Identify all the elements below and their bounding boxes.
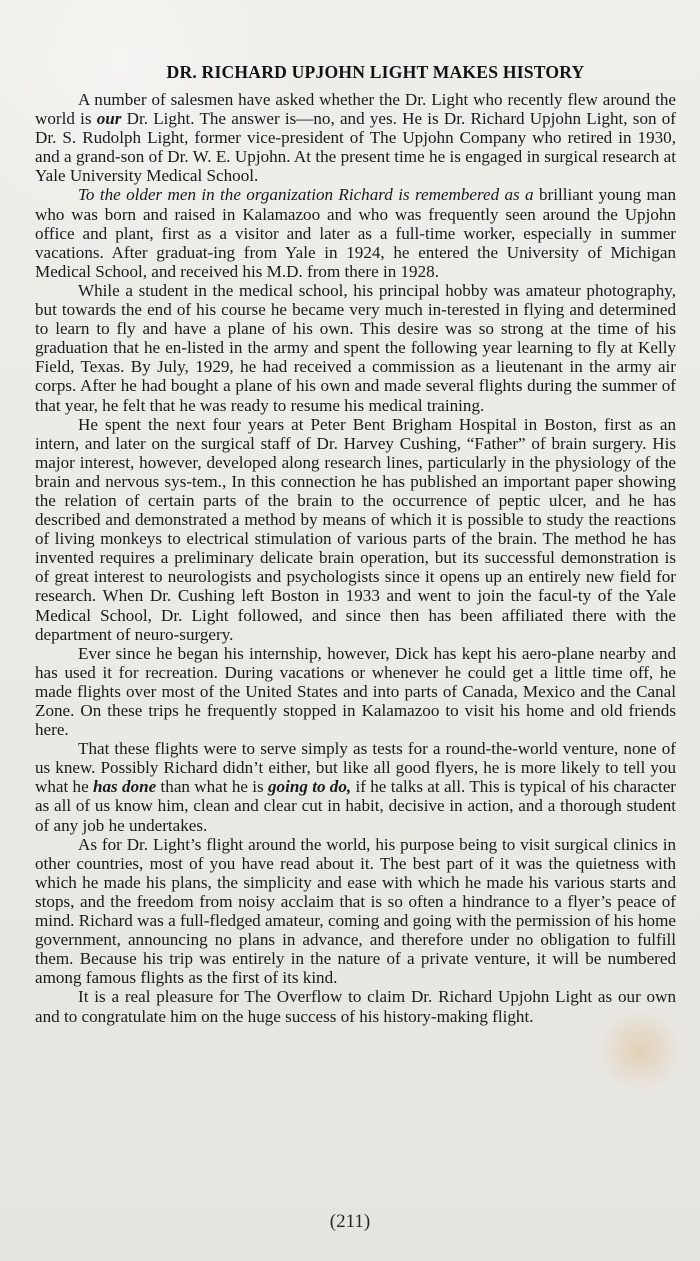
emphasis-going-to-do: going to do, [268,777,351,796]
emphasis-has-done: has done [93,777,156,796]
paragraph-text: Ever since he began his internship, howe… [35,644,676,739]
paragraph-text: While a student in the medical school, h… [35,281,676,415]
paragraph-5: Ever since he began his internship, howe… [35,644,676,739]
article: DR. RICHARD UPJOHN LIGHT MAKES HISTORY A… [35,60,676,1026]
paragraph-4: He spent the next four years at Peter Be… [35,415,676,644]
paragraph-6: That these flights were to serve simply … [35,739,676,834]
paragraph-text: than what he is [156,777,268,796]
paragraph-text: As for Dr. Light’s flight around the wor… [35,835,676,988]
italic-lead-text: To the older men in the organization Ric… [78,185,534,204]
paragraph-8: It is a real pleasure for The Overflow t… [35,987,676,1025]
paragraph-text: He spent the next four years at Peter Be… [35,415,676,644]
page-number: (211) [0,1211,700,1233]
paragraph-3: While a student in the medical school, h… [35,281,676,415]
paragraph-2: To the older men in the organization Ric… [35,185,676,280]
paragraph-text: Dr. Light. The answer is—no, and yes. He… [35,109,676,185]
paragraph-text: It is a real pleasure for The Overflow t… [35,987,676,1025]
paragraph-7: As for Dr. Light’s flight around the wor… [35,835,676,988]
emphasis-our: our [97,109,122,128]
paragraph-1: A number of salesmen have asked whether … [35,90,676,185]
article-title: DR. RICHARD UPJOHN LIGHT MAKES HISTORY [35,60,676,84]
